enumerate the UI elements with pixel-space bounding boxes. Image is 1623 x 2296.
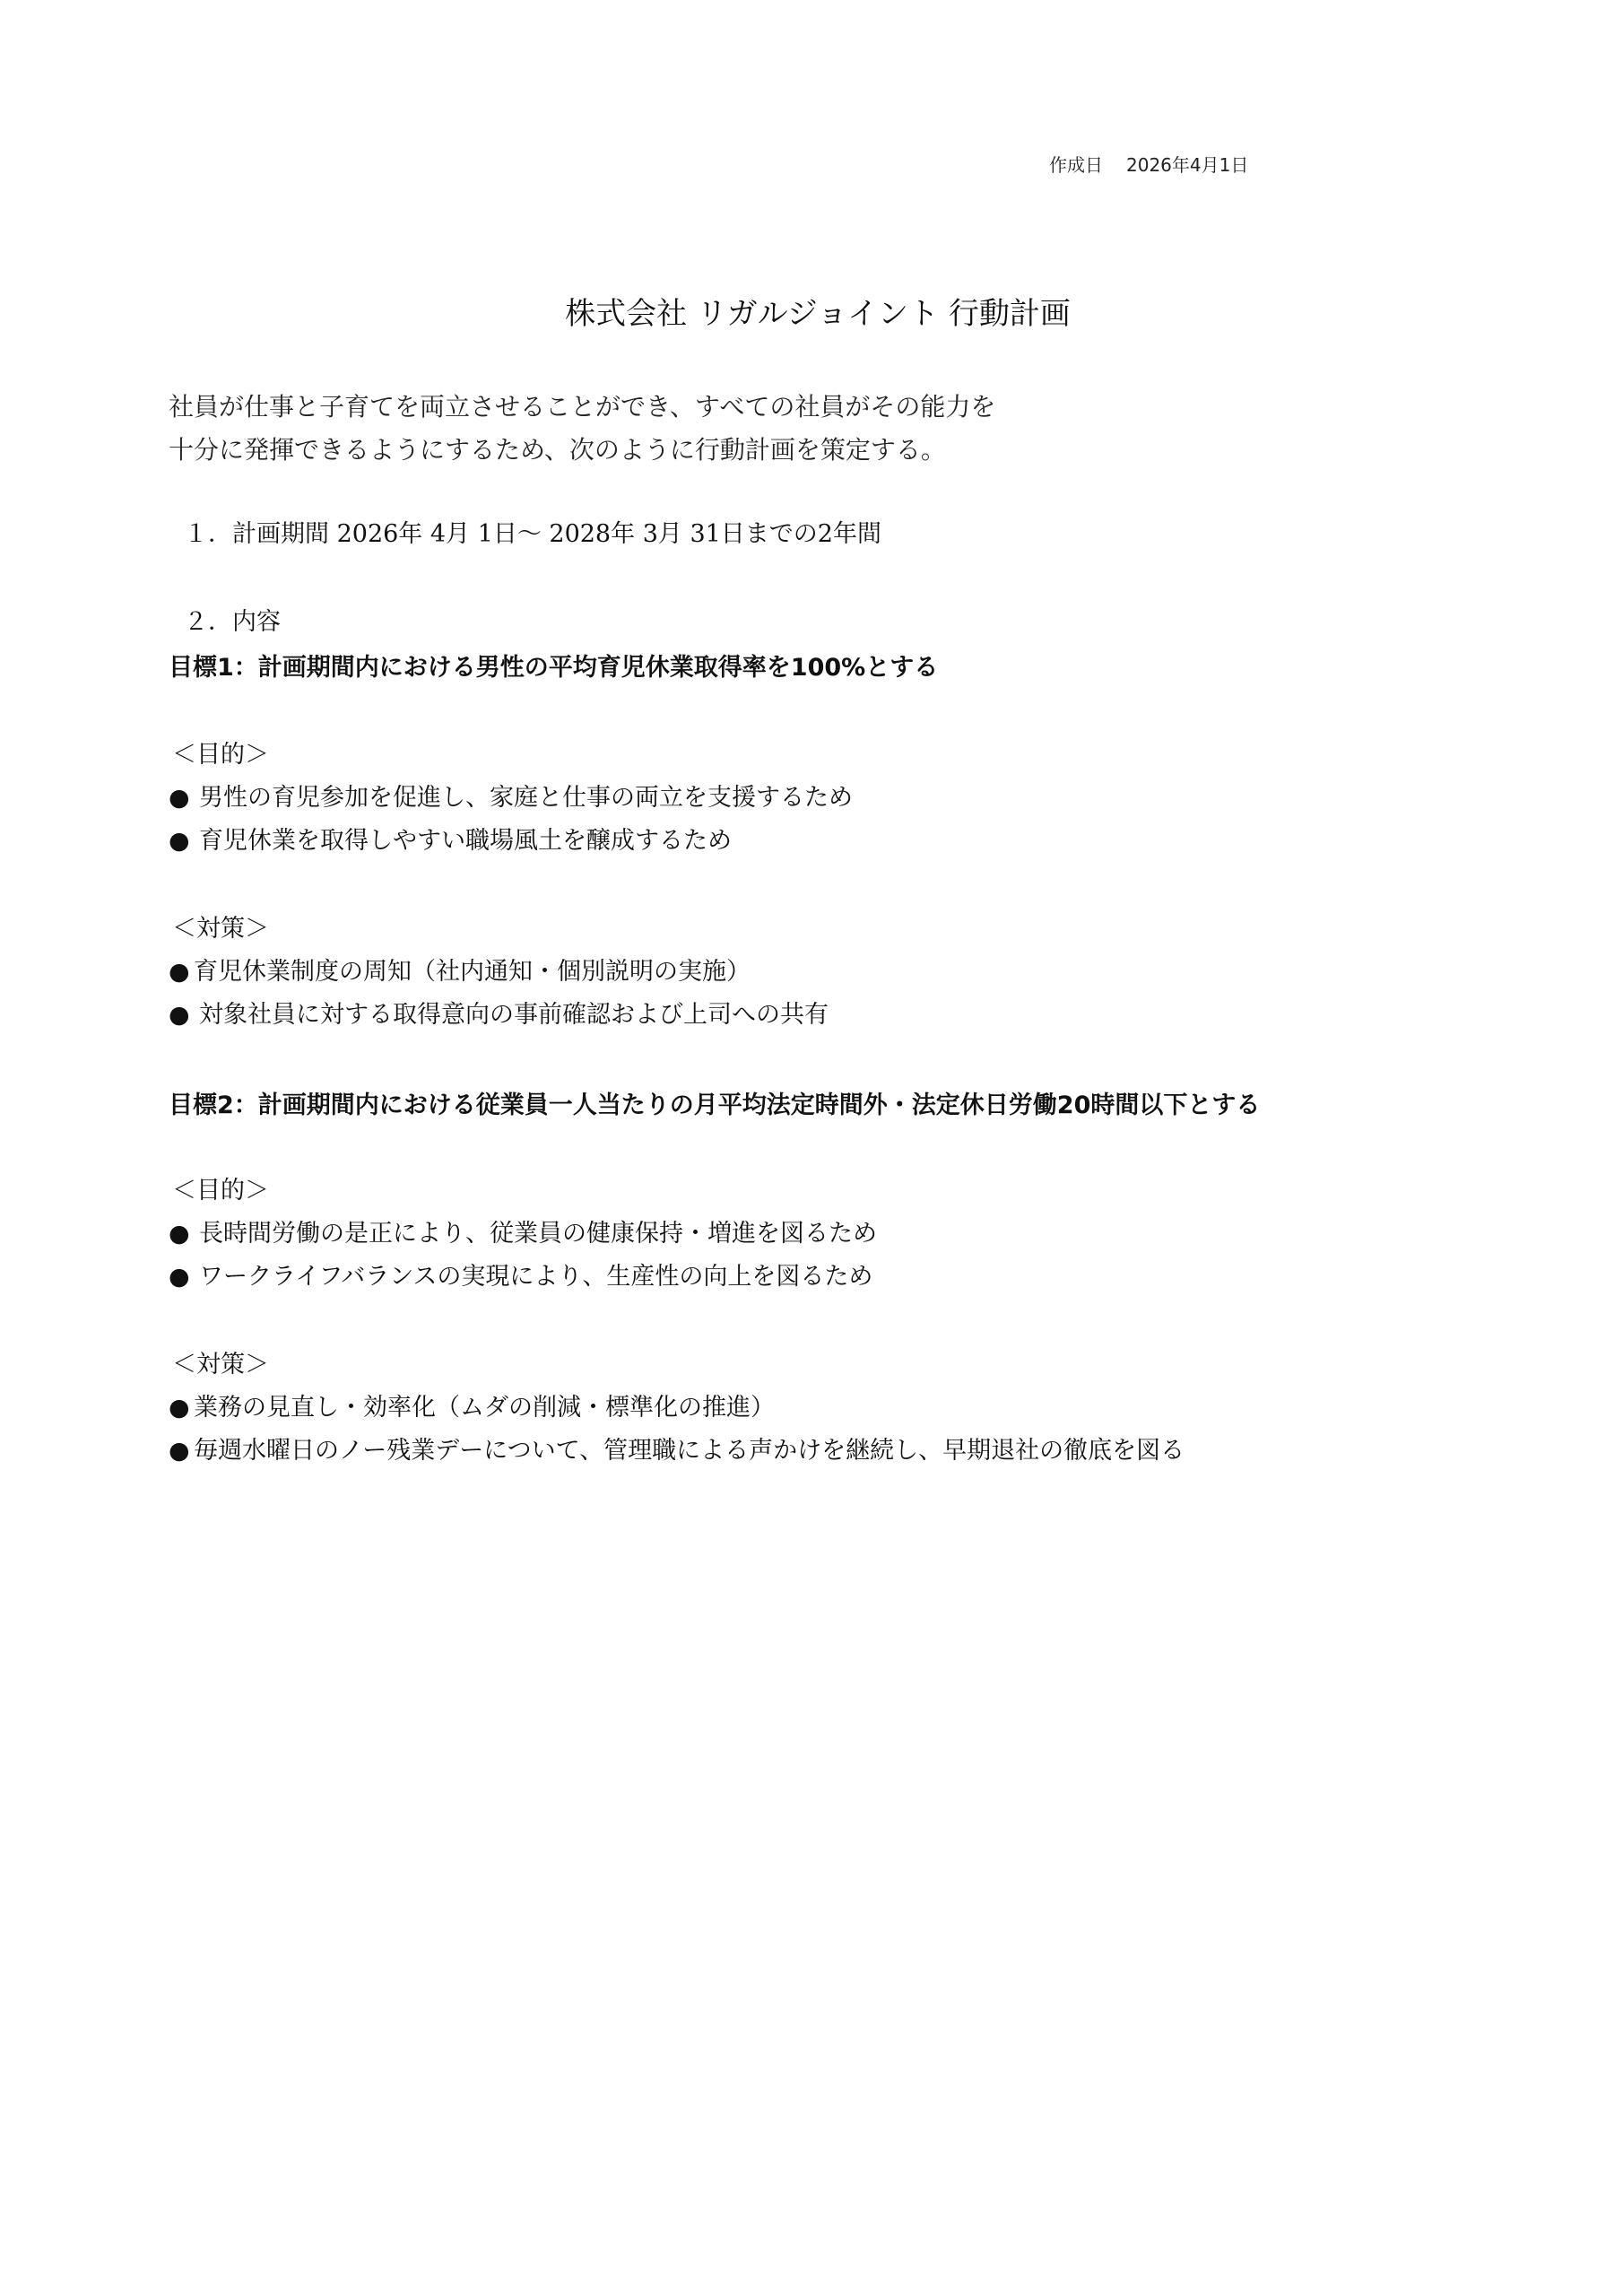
goal-2-heading: 目標2：計画期間内における従業員一人当たりの月平均法定時間外・法定休日労働20時… <box>169 1085 1260 1120</box>
intro-paragraph: 社員が仕事と子育てを両立させることができ、すべての社員がその能力を 十分に発揮で… <box>169 386 995 472</box>
bullet-icon: ● <box>169 823 199 859</box>
section-plan-period: １．計画期間 2026年 4月 1日～ 2028年 3月 31日までの2年間 <box>184 517 881 552</box>
goal-2-purpose-item: ●長時間労働の是正により、従業員の健康保持・増進を図るため <box>169 1216 877 1252</box>
goal-2-purpose-label: ＜目的＞ <box>172 1173 269 1209</box>
document-title: 株式会社 リガルジョイント 行動計画 <box>0 289 1623 333</box>
goal-2-measure-item: ●業務の見直し・効率化（ムダの削減・標準化の推進） <box>169 1390 775 1426</box>
intro-line: 十分に発揮できるようにするため、次のように行動計画を策定する。 <box>169 429 995 472</box>
bullet-icon: ● <box>169 1259 199 1295</box>
creation-date: 作成日2026年4月1日 <box>1049 151 1248 177</box>
goal-1-measure-item: ●対象社員に対する取得意向の事前確認および上司への共有 <box>169 997 829 1033</box>
creation-date-label: 作成日 <box>1049 154 1103 176</box>
goal-1-measures-label: ＜対策＞ <box>172 911 269 947</box>
goal-2-purpose-item: ●ワークライフバランスの実現により、生産性の向上を図るため <box>169 1259 872 1295</box>
intro-line: 社員が仕事と子育てを両立させることができ、すべての社員がその能力を <box>169 386 995 429</box>
goal-1-purpose-item: ●男性の育児参加を促進し、家庭と仕事の両立を支援するため <box>169 780 853 816</box>
bullet-icon: ● <box>169 1390 194 1426</box>
goal-1-purpose-item: ●育児休業を取得しやすい職場風土を醸成するため <box>169 823 732 859</box>
bullet-icon: ● <box>169 954 194 990</box>
goal-1-measure-item: ●育児休業制度の周知（社内通知・個別説明の実施） <box>169 954 751 990</box>
bullet-icon: ● <box>169 1216 199 1252</box>
section-content-heading: ２．内容 <box>184 604 281 640</box>
goal-2-measure-item: ●毎週水曜日のノー残業デーについて、管理職による声かけを継続し、早期退社の徹底を… <box>169 1433 1185 1469</box>
bullet-icon: ● <box>169 997 199 1033</box>
creation-date-value: 2026年4月1日 <box>1126 154 1248 176</box>
document-page: 作成日2026年4月1日 株式会社 リガルジョイント 行動計画 社員が仕事と子育… <box>0 0 1623 2296</box>
bullet-icon: ● <box>169 1433 194 1469</box>
goal-2-measures-label: ＜対策＞ <box>172 1347 269 1383</box>
bullet-icon: ● <box>169 780 199 816</box>
goal-1-purpose-label: ＜目的＞ <box>172 737 269 773</box>
goal-1-heading: 目標1：計画期間内における男性の平均育児休業取得率を100%とする <box>169 648 938 683</box>
